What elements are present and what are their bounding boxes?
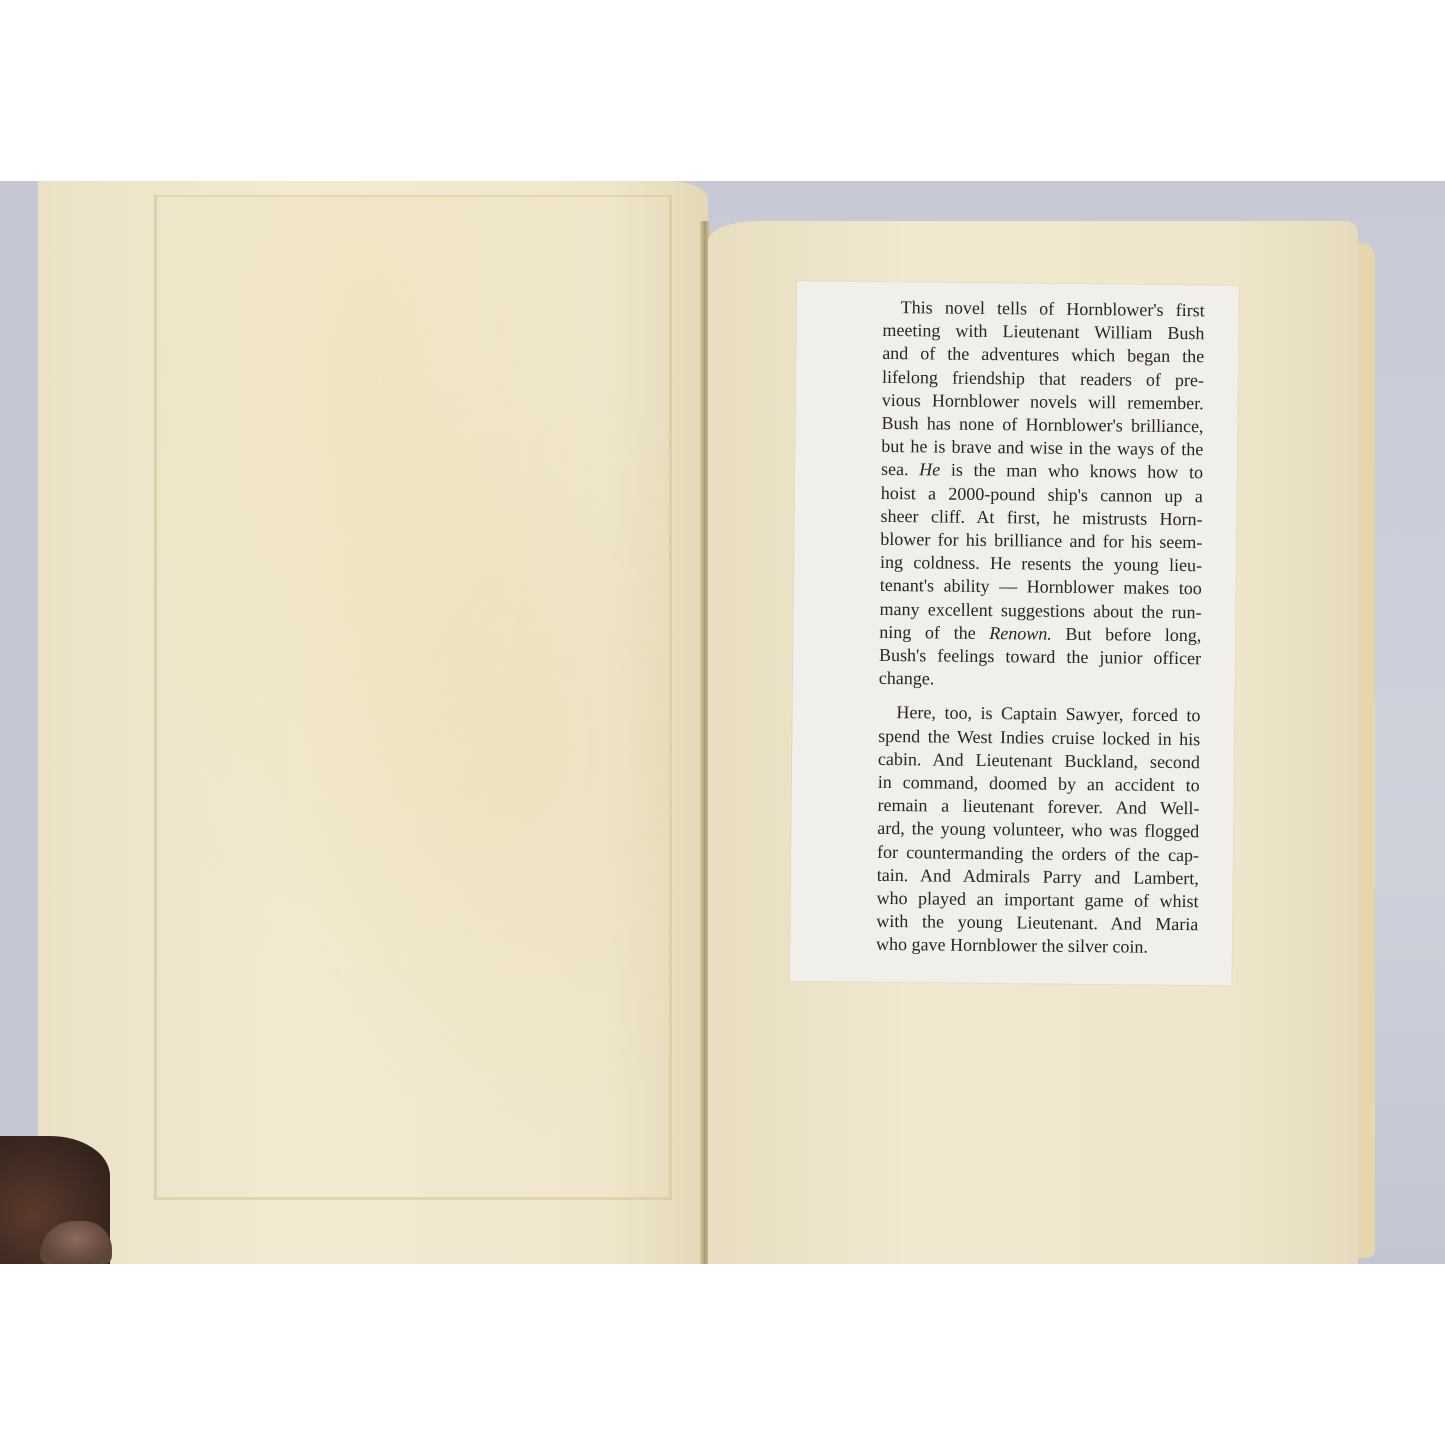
text-line: vious Hornblower novels will remember. [882, 389, 1204, 416]
text-fragment: is the man who knows how to [940, 460, 1203, 483]
text-line: Here, too, is Captain Sawyer, forced to [878, 701, 1200, 728]
text-fragment: sea. [881, 459, 919, 479]
text-line: and of the adventures which began the [882, 342, 1204, 369]
text-line: for countermanding the orders of the cap… [877, 841, 1199, 868]
left-page [38, 181, 708, 1264]
text-line-mixed: ning of the Renown. But before long, [879, 621, 1201, 648]
text-line: in command, doomed by an accident to [878, 771, 1200, 798]
text-line: tenant's ability — Hornblower makes too [880, 574, 1202, 601]
plate-frame [154, 195, 672, 1200]
text-fragment: ning of the [879, 622, 989, 643]
clipping-text: This novel tells of Hornblower's first m… [876, 296, 1205, 960]
text-fragment: But before long, [1052, 624, 1202, 646]
text-line: ing coldness. He resents the young lieu- [880, 551, 1202, 578]
text-line: tain. And Admirals Parry and Lambert, [877, 864, 1199, 891]
text-line: change. [879, 667, 1201, 694]
text-line: Bush's feelings toward the junior office… [879, 644, 1201, 671]
text-line: sheer cliff. At first, he mistrusts Horn… [880, 505, 1202, 532]
text-line: Bush has none of Hornblower's brilliance… [881, 412, 1203, 439]
text-line: hoist a 2000-pound ship's cannon up a [881, 482, 1203, 509]
italic-ship-name: Renown. [989, 623, 1052, 644]
text-line: remain a lieutenant forever. And Well- [877, 794, 1199, 821]
text-line: but he is brave and wise in the ways of … [881, 435, 1203, 462]
text-line: This novel tells of Hornblower's first [883, 296, 1205, 323]
paragraph-2: Here, too, is Captain Sawyer, forced to … [876, 701, 1201, 960]
text-line-mixed: sea. He is the man who knows how to [881, 458, 1203, 485]
text-line: with the young Lieutenant. And Maria [876, 910, 1198, 937]
text-line: ard, the young volunteer, who was flogge… [877, 817, 1199, 844]
text-line: blower for his brilliance and for his se… [880, 528, 1202, 555]
book-photo: This novel tells of Hornblower's first m… [0, 181, 1445, 1264]
newspaper-clipping: This novel tells of Hornblower's first m… [790, 281, 1239, 986]
text-line: spend the West Indies cruise locked in h… [878, 725, 1200, 752]
text-line: who gave Hornblower the silver coin. [876, 933, 1198, 960]
text-line: cabin. And Lieutenant Buckland, second [878, 748, 1200, 775]
text-line: meeting with Lieutenant William Bush [882, 319, 1204, 346]
paragraph-1: This novel tells of Hornblower's first m… [879, 296, 1205, 694]
text-line: lifelong friendship that readers of pre- [882, 366, 1204, 393]
text-line: who played an important game of whist [876, 887, 1198, 914]
cover-edge [0, 181, 38, 1264]
italic-he: He [919, 460, 940, 480]
text-line: many excellent suggestions about the run… [879, 598, 1201, 625]
